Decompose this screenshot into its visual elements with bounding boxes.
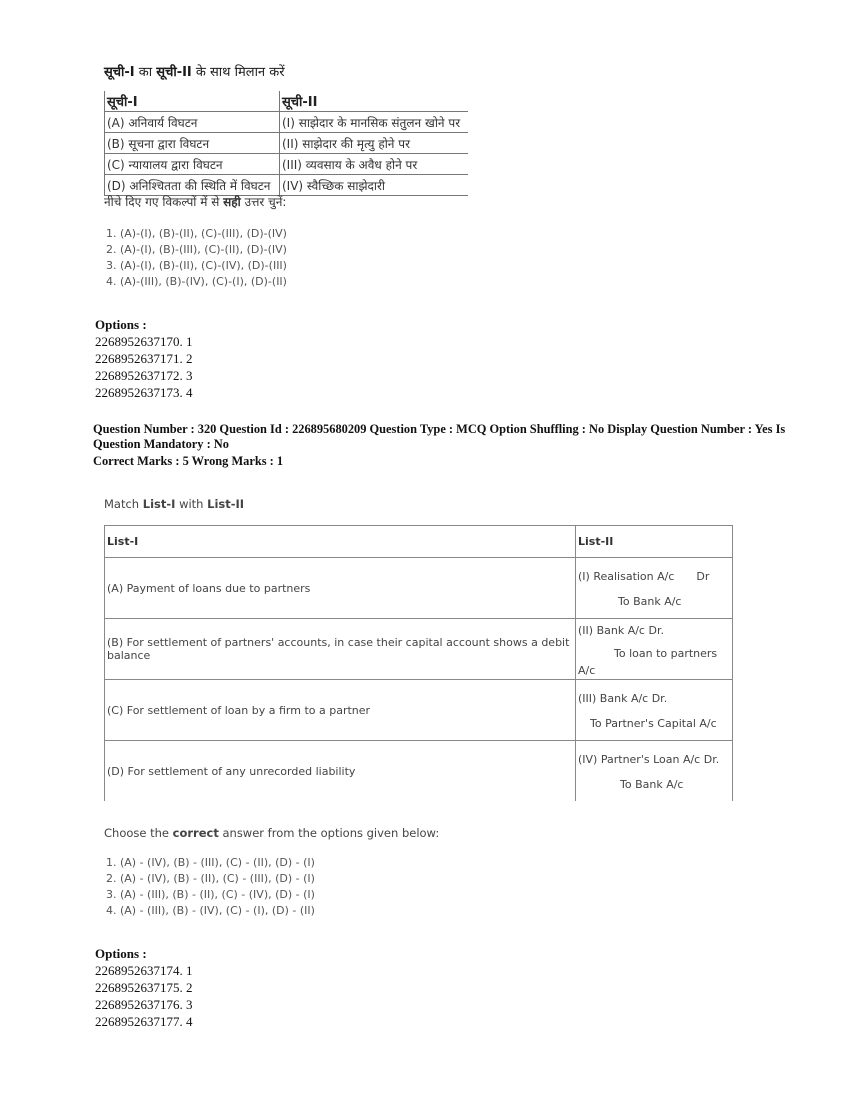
marks-line: Correct Marks : 5 Wrong Marks : 1 <box>93 454 793 469</box>
table-cell: (B) सूचना द्वारा विघटन <box>105 133 280 154</box>
answer-choice: 1. (A)-(I), (B)-(II), (C)-(III), (D)-(IV… <box>106 226 287 242</box>
instruction-part: List-II <box>207 497 244 511</box>
table-cell: (III) व्यवसाय के अवैध होने पर <box>280 154 469 175</box>
options-header: Options : <box>95 945 193 962</box>
journal-debit: (II) Bank A/c Dr. <box>578 622 730 637</box>
hindi-choose-instruction: नीचे दिए गए विकल्पों में से सही उत्तर चु… <box>104 193 286 210</box>
instruction-part: सही <box>223 195 241 209</box>
table-header-list-1: सूची-I <box>105 91 280 112</box>
table-cell: (A) Payment of loans due to partners <box>105 558 576 619</box>
table-row: (A) अनिवार्य विघटन (I) साझेदार के मानसिक… <box>105 112 469 133</box>
journal-debit: (III) Bank A/c Dr. <box>578 690 730 705</box>
options-block: Options : 2268952637174. 1 2268952637175… <box>95 945 193 1030</box>
table-header-row: List-I List-II <box>105 526 733 558</box>
instruction-part: नीचे दिए गए विकल्पों में से <box>104 195 223 209</box>
instruction-part: सूची-I <box>104 65 135 80</box>
hindi-answer-choices: 1. (A)-(I), (B)-(II), (C)-(III), (D)-(IV… <box>106 226 287 290</box>
instruction-part: Match <box>104 497 143 511</box>
question-meta-line: Question Number : 320 Question Id : 2268… <box>93 422 793 452</box>
instruction-part: उत्तर चुनें: <box>241 195 287 209</box>
table-cell: (II) Bank A/c Dr. To loan to partners A/… <box>576 619 733 680</box>
english-match-table: List-I List-II (A) Payment of loans due … <box>104 525 733 801</box>
table-cell: (I) Realisation A/cDr To Bank A/c <box>576 558 733 619</box>
options-header: Options : <box>95 316 193 333</box>
table-cell: (C) For settlement of loan by a firm to … <box>105 680 576 741</box>
answer-choice: 2. (A) - (IV), (B) - (II), (C) - (III), … <box>106 871 315 887</box>
option-id: 2268952637172. 3 <box>95 367 193 384</box>
option-id: 2268952637176. 3 <box>95 996 193 1013</box>
answer-choice: 4. (A) - (III), (B) - (IV), (C) - (I), (… <box>106 903 315 919</box>
journal-dr: Dr <box>674 570 709 583</box>
table-cell: (B) For settlement of partners' accounts… <box>105 619 576 680</box>
table-cell: (D) For settlement of any unrecorded lia… <box>105 741 576 802</box>
journal-credit: To Partner's Capital A/c <box>578 705 730 730</box>
journal-debit: (I) Realisation A/c <box>578 570 674 583</box>
answer-choice: 1. (A) - (IV), (B) - (III), (C) - (II), … <box>106 855 315 871</box>
instruction-part: with <box>175 497 207 511</box>
instruction-part: के साथ मिलान करें <box>192 65 285 80</box>
table-header-list-1: List-I <box>105 526 576 558</box>
instruction-part: का <box>135 65 157 80</box>
option-id: 2268952637171. 2 <box>95 350 193 367</box>
journal-credit-cont: A/c <box>578 660 730 677</box>
english-question-instruction: Match List-I with List-II <box>104 497 244 511</box>
table-cell: (III) Bank A/c Dr. To Partner's Capital … <box>576 680 733 741</box>
table-cell: (I) साझेदार के मानसिक संतुलन खोने पर <box>280 112 469 133</box>
english-answer-choices: 1. (A) - (IV), (B) - (III), (C) - (II), … <box>106 855 315 919</box>
table-cell: (C) न्यायालय द्वारा विघटन <box>105 154 280 175</box>
english-choose-instruction: Choose the correct answer from the optio… <box>104 826 439 840</box>
answer-choice: 2. (A)-(I), (B)-(III), (C)-(II), (D)-(IV… <box>106 242 287 258</box>
hindi-question-instruction: सूची-I का सूची-II के साथ मिलान करें <box>104 62 285 80</box>
table-cell: (IV) स्वैच्छिक साझेदारी <box>280 175 469 196</box>
answer-choice: 3. (A) - (III), (B) - (II), (C) - (IV), … <box>106 887 315 903</box>
instruction-part: List-I <box>143 497 176 511</box>
instruction-part: Choose the <box>104 826 173 840</box>
table-row: (A) Payment of loans due to partners (I)… <box>105 558 733 619</box>
option-id: 2268952637173. 4 <box>95 384 193 401</box>
table-header-list-2: सूची-II <box>280 91 469 112</box>
journal-debit: (IV) Partner's Loan A/c Dr. <box>578 751 730 766</box>
table-row: (D) For settlement of any unrecorded lia… <box>105 741 733 802</box>
table-cell: (IV) Partner's Loan A/c Dr. To Bank A/c <box>576 741 733 802</box>
table-row: (C) For settlement of loan by a firm to … <box>105 680 733 741</box>
option-id: 2268952637175. 2 <box>95 979 193 996</box>
table-row: (C) न्यायालय द्वारा विघटन (III) व्यवसाय … <box>105 154 469 175</box>
table-row: (B) For settlement of partners' accounts… <box>105 619 733 680</box>
journal-credit: To loan to partners <box>578 637 730 660</box>
instruction-part: सूची-II <box>156 65 191 80</box>
option-id: 2268952637170. 1 <box>95 333 193 350</box>
answer-choice: 3. (A)-(I), (B)-(II), (C)-(IV), (D)-(III… <box>106 258 287 274</box>
instruction-part: correct <box>173 826 219 840</box>
options-block: Options : 2268952637170. 1 2268952637171… <box>95 316 193 401</box>
table-header-list-2: List-II <box>576 526 733 558</box>
question-metadata: Question Number : 320 Question Id : 2268… <box>93 422 793 469</box>
option-id: 2268952637177. 4 <box>95 1013 193 1030</box>
option-id: 2268952637174. 1 <box>95 962 193 979</box>
instruction-part: answer from the options given below: <box>219 826 439 840</box>
table-header-row: सूची-I सूची-II <box>105 91 469 112</box>
hindi-match-table: सूची-I सूची-II (A) अनिवार्य विघटन (I) सा… <box>104 91 468 196</box>
journal-credit: To Bank A/c <box>578 583 730 608</box>
table-row: (B) सूचना द्वारा विघटन (II) साझेदार की म… <box>105 133 469 154</box>
journal-credit: To Bank A/c <box>578 766 730 791</box>
table-cell: (A) अनिवार्य विघटन <box>105 112 280 133</box>
answer-choice: 4. (A)-(III), (B)-(IV), (C)-(I), (D)-(II… <box>106 274 287 290</box>
table-cell: (II) साझेदार की मृत्यु होने पर <box>280 133 469 154</box>
